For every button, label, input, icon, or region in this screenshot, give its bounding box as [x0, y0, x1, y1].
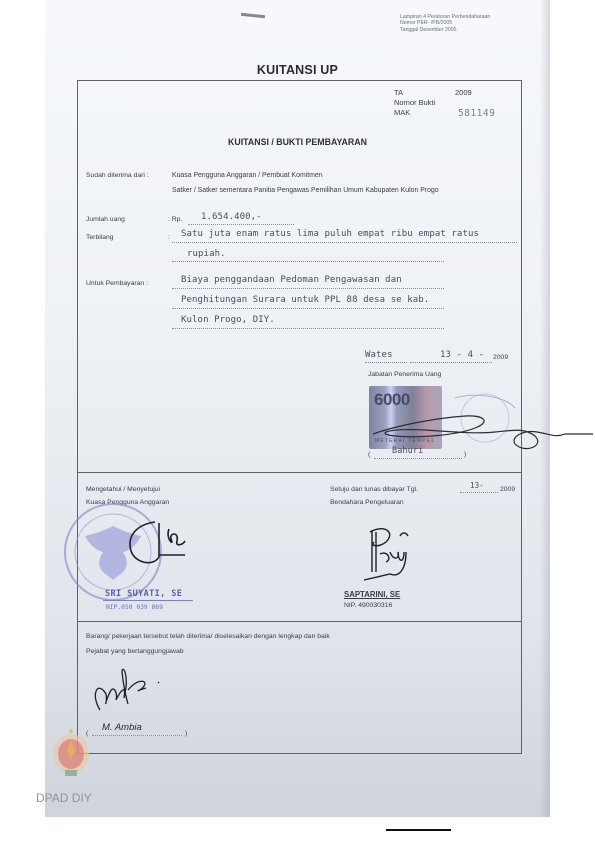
- official-signature: [88, 664, 168, 724]
- received-from-line2: Satker / Satker sementara Panitia Pengaw…: [172, 187, 439, 194]
- paid-statement: Setuju dan lunas dibayar Tgl.: [330, 486, 418, 493]
- section-divider: [77, 472, 522, 473]
- paid-year: 2009: [500, 486, 515, 493]
- purpose-dotline: [172, 288, 444, 289]
- recipient-name-open: (: [368, 451, 370, 458]
- confirmation-line2: Pejabat yang bertanggungjawab: [86, 648, 184, 655]
- paid-date: 13-: [470, 481, 484, 490]
- approver-name: SRI SUYATI, SE: [105, 589, 182, 599]
- confirmation-line1: Barang/ pekerjaan tersebut telah diterim…: [86, 633, 330, 640]
- recipient-year: 2009: [493, 354, 508, 361]
- recipient-name-close: ): [464, 451, 466, 458]
- amount-label: Jumlah uang: [86, 216, 125, 223]
- mak-value: 581149: [458, 108, 495, 119]
- received-from-line1: Kuasa Pengguna Anggaran / Pembuat Komitm…: [172, 172, 323, 179]
- spelled-separator: :: [168, 234, 170, 241]
- recipient-role: Jabatan Penerima Uang: [368, 371, 441, 378]
- official-name-close: ): [185, 730, 187, 737]
- ta-value: 2009: [455, 88, 472, 98]
- purpose-label: Untuk Pembayaran :: [86, 280, 148, 287]
- watermark-text: DPAD DIY: [36, 791, 92, 805]
- spelled-line1: Satu juta enam ratus lima puluh empat ri…: [181, 229, 479, 239]
- approver-signature: [125, 517, 195, 572]
- recipient-place: Wates: [365, 350, 393, 360]
- amount-dotline: [188, 224, 294, 225]
- approval-left-line1: Mengetahui / Menyetujui: [86, 486, 160, 493]
- place-dotline: [365, 362, 407, 363]
- receipt-subtitle: KUITANSI / BUKTI PEMBAYARAN: [0, 137, 595, 147]
- lampiran-line: Tanggal Desember 2005: [400, 27, 490, 33]
- purpose-line2: Penghitungan Surara untuk PPL 88 desa se…: [181, 295, 429, 305]
- ta-label: TA: [394, 88, 403, 98]
- mak-label: MAK: [394, 108, 410, 118]
- spelled-dotline: [172, 242, 517, 243]
- paid-date-dotline: [460, 492, 498, 493]
- approver-name-underline: [103, 600, 193, 601]
- purpose-line1: Biaya penggandaan Pedoman Pengawasan dan: [181, 275, 402, 285]
- page-footer-bar: [386, 829, 451, 831]
- amount-prefix: : Rp.: [168, 216, 182, 223]
- lampiran-note: Lampiran 4 Peraturan Perbendaharaan Nomo…: [400, 14, 490, 33]
- amount-value: 1.654.400,-: [201, 212, 262, 222]
- official-name: M. Ambia: [102, 722, 142, 733]
- purpose-line3: Kulon Progo, DIY.: [181, 315, 275, 325]
- treasurer-nip: NIP. 490030316: [344, 602, 392, 609]
- approver-nip: NIP.050 039 869: [106, 604, 163, 611]
- received-from-label: Sudah diterima dari :: [86, 172, 149, 179]
- recipient-name-dotline: [374, 458, 462, 459]
- recipient-name: Bahuri: [392, 446, 423, 456]
- purpose-dotline: [172, 308, 444, 309]
- date-dotline: [410, 362, 492, 363]
- treasurer-role: Bendahara Pengeluaran: [330, 499, 404, 506]
- spelled-line2: rupiah.: [187, 249, 226, 259]
- section-divider: [77, 621, 522, 622]
- official-name-dotline: [92, 735, 182, 736]
- dpad-logo-icon: [50, 726, 92, 782]
- document-title: KUITANSI UP: [0, 63, 595, 77]
- spelled-label: Terbilang: [86, 234, 114, 241]
- purpose-dotline: [172, 328, 444, 329]
- nomor-bukti-label: Nomor Bukti: [394, 98, 435, 108]
- recipient-date: 13 - 4 -: [440, 350, 484, 360]
- treasurer-name: SAPTARINI, SE: [344, 590, 400, 599]
- spelled-dotline: [172, 261, 444, 262]
- treasurer-signature: [360, 522, 420, 584]
